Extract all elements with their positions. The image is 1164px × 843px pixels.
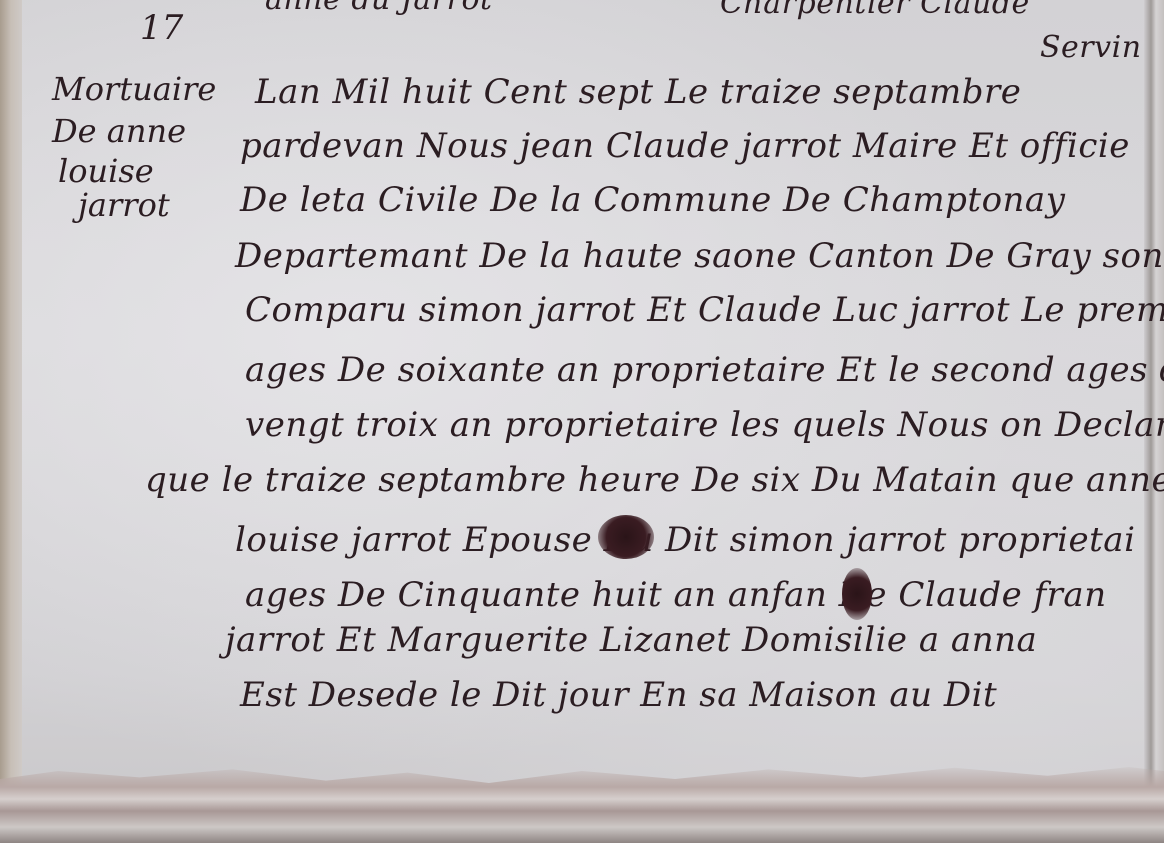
margin-line-2: De anne [52, 112, 186, 150]
margin-line-3: louise [58, 152, 154, 190]
margin-line-4: jarrot [78, 186, 170, 224]
binding-edge [0, 0, 22, 843]
torn-page-edge [0, 763, 1164, 843]
body-line-8: que le traize septambre heure De six Du … [145, 460, 1164, 500]
document-page: anne du Jarrot Charpentier Claude Servin… [0, 0, 1164, 843]
body-line-3: De leta Civile De la Commune De Champton… [240, 180, 1065, 220]
body-line-7: vengt troix an proprietaire les quels No… [245, 405, 1164, 445]
folio-number: 17 [140, 8, 183, 48]
header-fragment-right: Charpentier Claude [720, 0, 1030, 21]
body-line-5: Comparu simon jarrot Et Claude Luc jarro… [245, 290, 1164, 330]
body-line-12: Est Desede le Dit jour En sa Maison au D… [240, 675, 997, 715]
header-fragment-right-continued: Servin [1040, 30, 1142, 65]
margin-line-1: Mortuaire [52, 70, 216, 108]
body-line-9: louise jarrot Epouse Du Dit simon jarrot… [235, 520, 1135, 560]
body-line-2: pardevan Nous jean Claude jarrot Maire E… [240, 126, 1130, 166]
header-fragment-left: anne du Jarrot [265, 0, 493, 17]
body-line-11: jarrot Et Marguerite Lizanet Domisilie a… [225, 620, 1037, 660]
body-line-4: Departemant De la haute saone Canton De … [235, 236, 1164, 276]
ink-blot [598, 515, 654, 559]
ink-blot-2 [842, 568, 872, 620]
body-line-6: ages De soixante an proprietaire Et le s… [245, 350, 1164, 390]
body-line-1: Lan Mil huit Cent sept Le traize septamb… [255, 72, 1021, 112]
body-line-10: ages De Cinquante huit an anfan De Claud… [245, 575, 1107, 615]
